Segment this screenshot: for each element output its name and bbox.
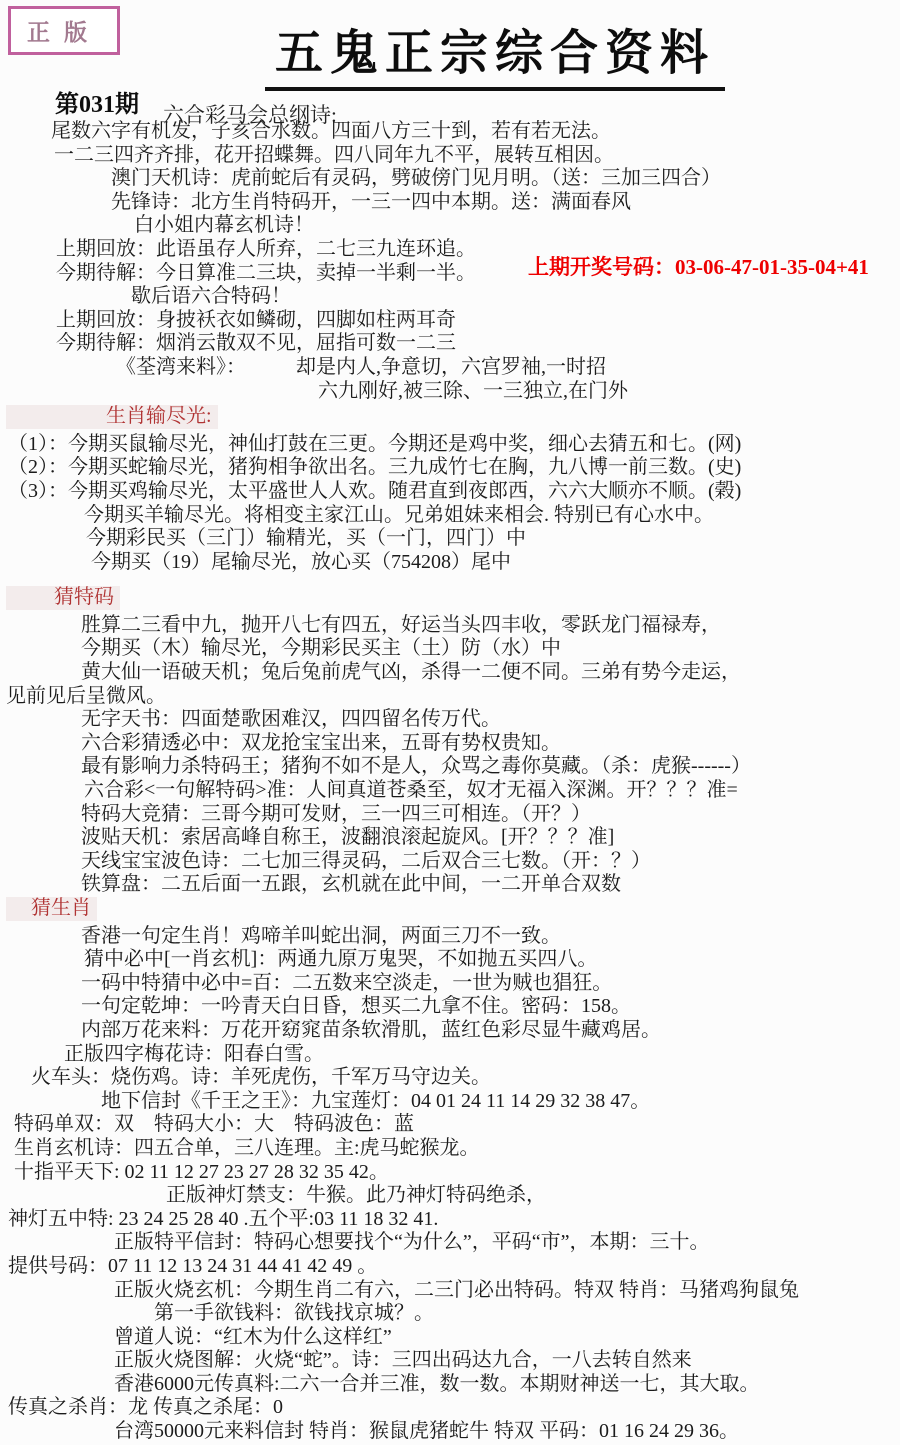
- text-line: 六九刚好,被三除、一三独立,在门外: [6, 380, 898, 404]
- text-line: 六合彩<一句解特码>准：人间真道苍桑至，奴才无福入深渊。开？？？准=: [6, 779, 898, 803]
- text-line: 正版四字梅花诗：阳春白雪。: [6, 1043, 898, 1067]
- text-line: 传真之杀肖：龙 传真之杀尾：0: [6, 1396, 898, 1420]
- text-line: 今期买羊输尽光。将相变主家江山。兄弟姐妹来相会. 特别已有心水中。: [6, 504, 898, 528]
- text-line: 六合彩猜透必中：双龙抢宝宝出来，五哥有势权贵知。: [6, 732, 898, 756]
- text-line: 波贴天机：索居高峰自称王，波翻浪滚起旋风。[开？？？准]: [6, 826, 898, 850]
- text-line: 香港6000元传真料:二六一合并三准，数一数。本期财神送一七，其大取。: [6, 1373, 898, 1397]
- text-line: （3）：今期买鸡输尽光，太平盛世人人欢。随君直到夜郎西，六六大顺亦不顺。(榖): [6, 480, 898, 504]
- issue-number: 第031期: [55, 84, 139, 119]
- text-line: 一句定乾坤：一吟青天白日昏，想买二九拿不住。密码：158。: [6, 995, 898, 1019]
- text-line: （1）：今期买鼠输尽光，神仙打鼓在三更。今期还是鸡中奖，细心去猜五和七。(网): [6, 433, 898, 457]
- text-line: 天线宝宝波色诗：二七加三得灵码，二后双合三七数。（开：？）: [6, 850, 898, 874]
- text-line: 一二三四齐齐排，花开招蝶舞。四八同年九不平，展转互相因。: [6, 144, 898, 168]
- text-line: 正版特平信封：特码心想要找个“为什么”，平码“市”，本期：三十。: [6, 1231, 898, 1255]
- section-heading: 生肖输尽光:: [6, 405, 218, 429]
- text-line: 提供号码：07 11 12 13 24 31 44 41 42 49 。: [6, 1255, 898, 1279]
- text-line: 火车头：烧伤鸡。诗：羊死虎伤，千军万马守边关。: [6, 1066, 898, 1090]
- text-line: 《荃湾来料》： 却是内人,争意切，六宫罗袖,一时招: [6, 356, 898, 380]
- text-line: 黄大仙一语破天机；兔后兔前虎气凶，杀得一二便不同。三弟有势今走运，: [6, 661, 898, 685]
- text-line: 曾道人说：“红木为什么这样红”: [6, 1326, 898, 1350]
- text-line: （2）：今期买蛇输尽光，猪狗相争欲出名。三九成竹七在胸，九八博一前三数。(史): [6, 456, 898, 480]
- text-line: 先锋诗：北方生肖特码开，一三一四中本期。送：满面春风: [6, 191, 898, 215]
- text-line: 特码大竞猜：三哥今期可发财，三一四三可相连。（开？）: [6, 803, 898, 827]
- page-title: 五鬼正宗综合资料: [265, 14, 725, 91]
- text-line: 猜中必中[一肖玄机]：两通九原万鬼哭，不如抛五买四八。: [6, 948, 898, 972]
- text-line: 今期买（19）尾输尽光，放心买（754208）尾中: [6, 551, 898, 575]
- text-line: 生肖玄机诗：四五合单，三八连理。主:虎马蛇猴龙。: [6, 1137, 898, 1161]
- text-line: 一码中特猜中必中=百：二五数来空淡走，一世为贼也猖狂。: [6, 972, 898, 996]
- text-line: 歇后语六合特码！: [6, 285, 898, 309]
- text-line: 上期回放：此语虽存人所弃，二七三九连环追。: [6, 238, 898, 262]
- text-line: 上期回放：身披袄衣如鳞砌，四脚如柱两耳奇: [6, 309, 898, 333]
- text-line: 内部万花来料：万花开窈窕苗条软滑肌，蓝红色彩尽显牛藏鸡居。: [6, 1019, 898, 1043]
- text-line: 见前见后呈微风。: [6, 685, 898, 709]
- text-line: 正版火烧玄机：今期生肖二有六，二三门必出特码。特双 特肖：马猪鸡狗鼠兔: [6, 1279, 898, 1303]
- text-line: 今期彩民买（三门）输精光，买（一门，四门）中: [6, 527, 898, 551]
- text-line: 白小姐内幕玄机诗！: [6, 214, 898, 238]
- text-line: 澳门天机诗：虎前蛇后有灵码，劈破傍门见月明。（送：三加三四合）: [6, 167, 898, 191]
- text-line: 尾数六字有机发，子亥合水数。四面八方三十到，若有若无法。: [6, 120, 898, 144]
- text-line: 十指平天下: 02 11 12 27 23 27 28 32 35 42。: [6, 1161, 898, 1185]
- text-line: 第一手欲钱料：欲钱找京城？。: [6, 1302, 898, 1326]
- text-line: 特码单双：双 特码大小：大 特码波色：蓝: [6, 1113, 898, 1137]
- text-line: 地下信封《千王之王》：九宝莲灯：04 01 24 11 14 29 32 38 …: [6, 1090, 898, 1114]
- section-heading: 猜特码: [6, 586, 120, 610]
- section-heading: 猜生肖: [6, 897, 97, 921]
- text-line: 胜算二三看中九，抛开八七有四五，好运当头四丰收，零跃龙门福禄寿，: [6, 614, 898, 638]
- title-wrap: 五鬼正宗综合资料: [0, 14, 900, 91]
- text-line: 台湾50000元来料信封 特肖：猴鼠虎猪蛇牛 特双 平码：01 16 24 29…: [6, 1420, 898, 1444]
- page: 正版 五鬼正宗综合资料 第031期 六合彩马会总纲诗: 上期开奖号码：03-06…: [0, 0, 900, 1445]
- text-line: 今期买（木）输尽光，今期彩民买主（土）防（水）中: [6, 637, 898, 661]
- text-line: 香港一句定生肖！鸡啼羊叫蛇出洞，两面三刀不一致。: [6, 925, 898, 949]
- text-line: 最有影响力杀特码王；猪狗不如不是人，众骂之毒你莫藏。（杀：虎猴------）: [6, 755, 898, 779]
- text-line: 今期待解：今日算准二三块，卖掉一半剩一半。: [6, 262, 898, 286]
- text-line: 正版神灯禁支：牛猴。此乃神灯特码绝杀，: [6, 1184, 898, 1208]
- text-line: 铁算盘：二五后面一五跟，玄机就在此中间，一二开单合双数: [6, 873, 898, 897]
- text-line: 无字天书：四面楚歌困难汉，四四留名传万代。: [6, 708, 898, 732]
- text-line: 正版火烧图解：火烧“蛇”。诗：三四出码达九合，一八去转自然来: [6, 1349, 898, 1373]
- content-lines: 尾数六字有机发，子亥合水数。四面八方三十到，若有若无法。一二三四齐齐排，花开招蝶…: [6, 120, 898, 1444]
- text-line: 神灯五中特: 23 24 25 28 40 .五个平:03 11 18 32 4…: [6, 1208, 898, 1232]
- text-line: 今期待解：烟消云散双不见，屈指可数一二三: [6, 332, 898, 356]
